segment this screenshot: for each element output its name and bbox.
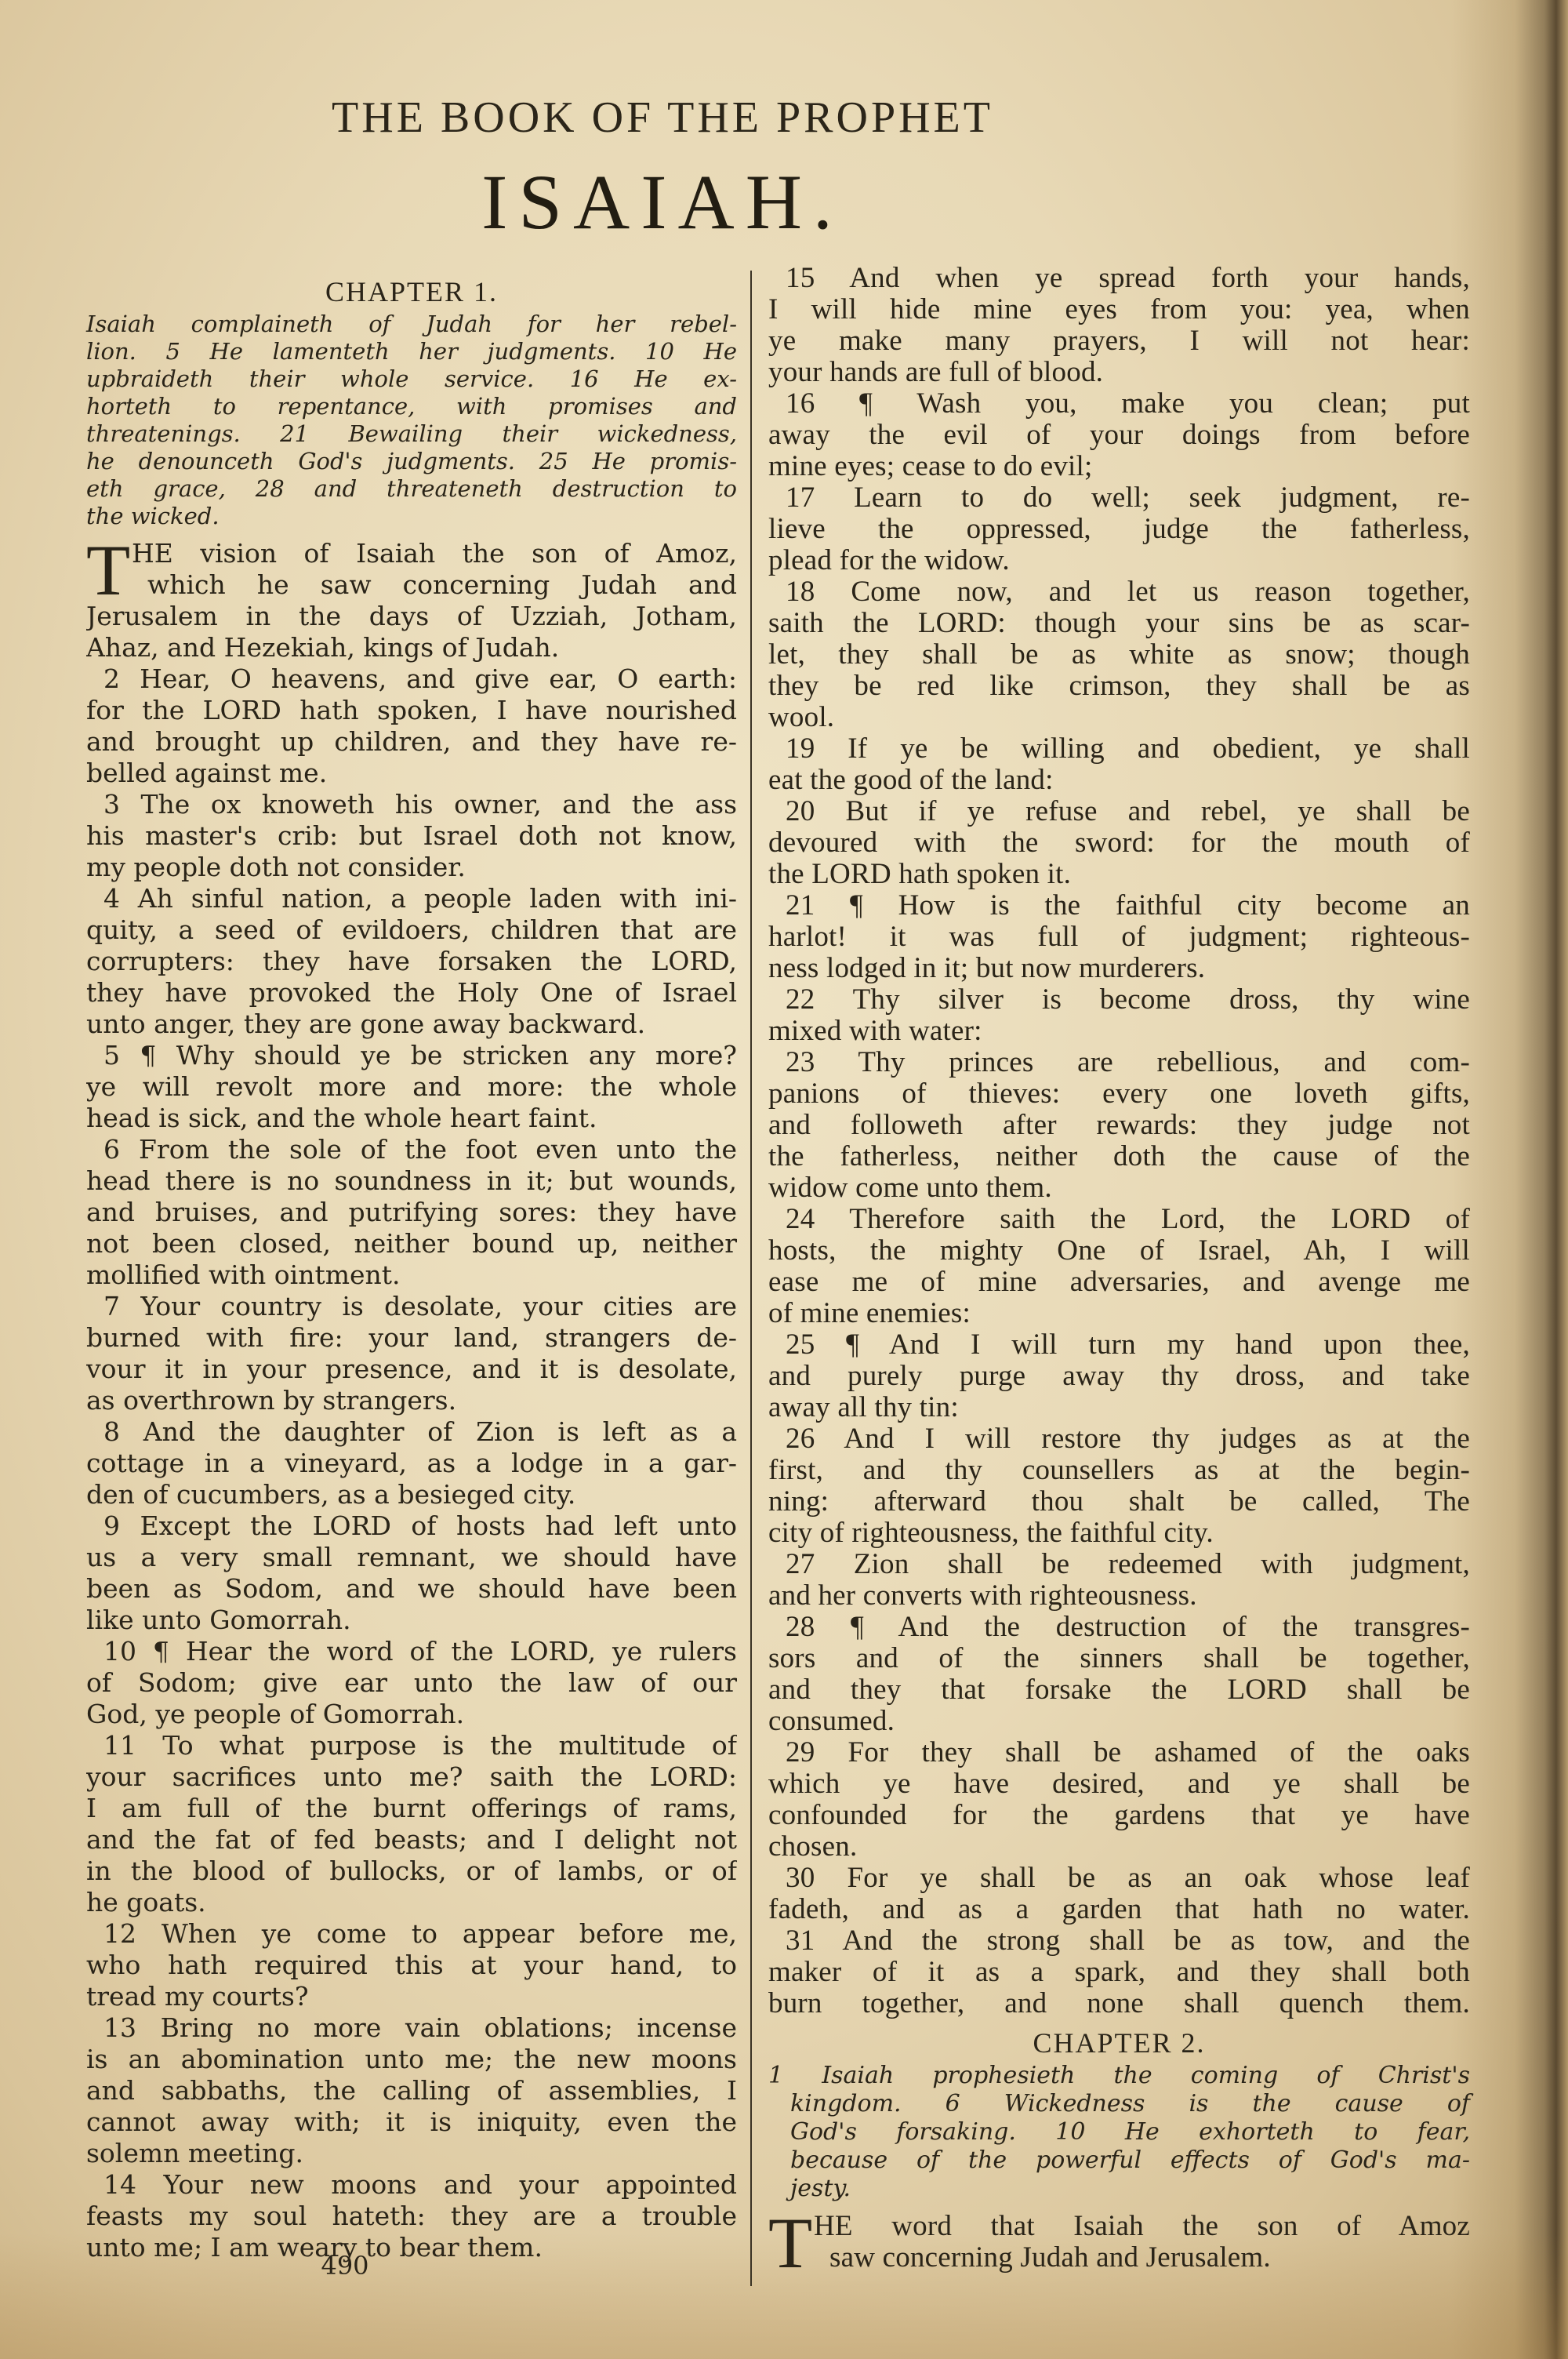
verse-line: 31 And the strong shall be as tow, and t…	[768, 1925, 1470, 1957]
verse-line: let, they shall be as white as snow; tho…	[768, 639, 1470, 671]
summary-line: Isaiah complaineth of Judah for her rebe…	[86, 311, 737, 338]
verse-line: which ye have desired, and ye shall be	[768, 1768, 1470, 1800]
verse-line: head is sick, and the whole heart faint.	[86, 1103, 737, 1134]
verse-line: for the LORD hath spoken, I have nourish…	[86, 695, 737, 726]
verse-line: 19 If ye be willing and obedient, ye sha…	[768, 733, 1470, 765]
chapter-2-text: T HE word that Isaiah the son of Amozsaw…	[768, 2211, 1470, 2274]
column-divider	[750, 271, 752, 2286]
verse-line: 16 ¶ Wash you, make you clean; put	[768, 388, 1470, 420]
verse-line: HE vision of Isaiah the son of Amoz,	[86, 538, 737, 569]
chapter-2-summary: 1 Isaiah prophesieth the coming of Chris…	[768, 2062, 1470, 2203]
verse-line: 2 Hear, O heavens, and give ear, O earth…	[86, 663, 737, 695]
summary-line: horteth to repentance, with promises and	[86, 393, 737, 420]
verse-line: chosen.	[768, 1831, 1470, 1863]
verse-line: ye will revolt more and more: the whole	[86, 1071, 737, 1103]
verse-line: eat the good of the land:	[768, 765, 1470, 796]
verse-line: 22 Thy silver is become dross, thy wine	[768, 984, 1470, 1016]
verse-line: us a very small remnant, we should have	[86, 1542, 737, 1573]
verse-line: 18 Come now, and let us reason together,	[768, 576, 1470, 608]
summary-line: 1 Isaiah prophesieth the coming of Chris…	[768, 2062, 1470, 2090]
verse-line: and they that forsake the LORD shall be	[768, 1674, 1470, 1706]
verse-line: away the evil of your doings from before	[768, 420, 1470, 451]
verse-line: 14 Your new moons and your appointed	[86, 2169, 737, 2201]
drop-cap: T	[768, 2211, 812, 2275]
chapter-1-heading: CHAPTER 1.	[86, 273, 737, 311]
verse-line: and sabbaths, the calling of assemblies,…	[86, 2075, 737, 2106]
verse-line: cottage in a vineyard, as a lodge in a g…	[86, 1448, 737, 1479]
verse-line: first, and thy counsellers as at the beg…	[768, 1455, 1470, 1486]
verse-line: saw concerning Judah and Jerusalem.	[768, 2242, 1470, 2274]
verse-line: 21 ¶ How is the faithful city become an	[768, 890, 1470, 921]
verse-line: 23 Thy princes are rebellious, and com-	[768, 1047, 1470, 1078]
verse-line: 27 Zion shall be redeemed with judgment,	[768, 1549, 1470, 1580]
verse-line: and bruises, and putrifying sores: they …	[86, 1197, 737, 1228]
summary-line: kingdom. 6 Wickedness is the cause of	[768, 2090, 1470, 2118]
verse-line: of Sodom; give ear unto the law of our	[86, 1667, 737, 1699]
verse-line: 24 Therefore saith the Lord, the LORD of	[768, 1204, 1470, 1235]
summary-line: jesty.	[768, 2175, 1470, 2203]
right-column: 15 And when ye spread forth your hands,I…	[768, 263, 1470, 2274]
verse-line: my people doth not consider.	[86, 852, 737, 883]
verse-line: belled against me.	[86, 758, 737, 789]
verse-line: and the fat of fed beasts; and I delight…	[86, 1824, 737, 1856]
verse-line: city of righteousness, the faithful city…	[768, 1518, 1470, 1549]
summary-line: threatenings. 21 Bewailing their wickedn…	[86, 420, 737, 448]
verse-line: solemn meeting.	[86, 2138, 737, 2169]
verse-line: the fatherless, neither doth the cause o…	[768, 1141, 1470, 1172]
verse-line: I will hide mine eyes from you: yea, whe…	[768, 294, 1470, 325]
verse-line: 29 For they shall be ashamed of the oaks	[768, 1737, 1470, 1768]
verse-line: 8 And the daughter of Zion is left as a	[86, 1416, 737, 1448]
verse-line: ease me of mine adversaries, and avenge …	[768, 1267, 1470, 1298]
verse-line: quity, a seed of evildoers, children tha…	[86, 914, 737, 946]
verse-line: feasts my soul hateth: they are a troubl…	[86, 2201, 737, 2232]
verse-line: ye make many prayers, I will not hear:	[768, 325, 1470, 357]
chapter-1-text: T HE vision of Isaiah the son of Amoz,wh…	[86, 538, 737, 2263]
drop-cap: T	[86, 538, 130, 602]
verse-line: HE word that Isaiah the son of Amoz	[768, 2211, 1470, 2242]
verse-line: and her converts with righteousness.	[768, 1580, 1470, 1612]
verse-line: not been closed, neither bound up, neith…	[86, 1228, 737, 1259]
verse-line: I am full of the burnt offerings of rams…	[86, 1793, 737, 1824]
verse-line: hosts, the mighty One of Israel, Ah, I w…	[768, 1235, 1470, 1267]
verse-line: they be red like crimson, they shall be …	[768, 671, 1470, 702]
verse-line: like unto Gomorrah.	[86, 1605, 737, 1636]
chapter-1-summary: Isaiah complaineth of Judah for her rebe…	[86, 311, 737, 530]
verse-line: away all thy tin:	[768, 1392, 1470, 1423]
verse-line: 30 For ye shall be as an oak whose leaf	[768, 1863, 1470, 1894]
verse-line: corrupters: they have forsaken the LORD,	[86, 946, 737, 977]
verse-line: God, ye people of Gomorrah.	[86, 1699, 737, 1730]
page-number: 490	[298, 2251, 392, 2281]
verse-line: and purely purge away thy dross, and tak…	[768, 1361, 1470, 1392]
verse-line: 11 To what purpose is the multitude of	[86, 1730, 737, 1761]
verse-line: tread my courts?	[86, 1981, 737, 2012]
verse-line: den of cucumbers, as a besieged city.	[86, 1479, 737, 1510]
verse-line: the LORD hath spoken it.	[768, 859, 1470, 890]
verse-line: harlot! it was full of judgment; righteo…	[768, 921, 1470, 953]
verse-line: of mine enemies:	[768, 1298, 1470, 1329]
verse-line: 4 Ah sinful nation, a people laden with …	[86, 883, 737, 914]
verse-line: your hands are full of blood.	[768, 357, 1470, 388]
verse-line: panions of thieves: every one loveth gif…	[768, 1078, 1470, 1110]
verse-line: 10 ¶ Hear the word of the LORD, ye ruler…	[86, 1636, 737, 1667]
verse-line: which he saw concerning Judah and	[86, 569, 737, 601]
verse-line: 12 When ye come to appear before me,	[86, 1918, 737, 1950]
verse-line: maker of it as a spark, and they shall b…	[768, 1957, 1470, 1988]
verse-line: and followeth after rewards: they judge …	[768, 1110, 1470, 1141]
verse-line: 17 Learn to do well; seek judgment, re-	[768, 482, 1470, 514]
verse-line: he goats.	[86, 1887, 737, 1918]
verse-line: 5 ¶ Why should ye be stricken any more?	[86, 1040, 737, 1071]
verse-line: 26 And I will restore thy judges as at t…	[768, 1423, 1470, 1455]
verse-line: devoured with the sword: for the mouth o…	[768, 827, 1470, 859]
verse-line: 13 Bring no more vain oblations; incense	[86, 2012, 737, 2044]
verse-line: consumed.	[768, 1706, 1470, 1737]
verse-line: 7 Your country is desolate, your cities …	[86, 1291, 737, 1322]
book-title: THE BOOK OF THE PROPHET	[0, 93, 1325, 143]
verse-line: 9 Except the LORD of hosts had left unto	[86, 1510, 737, 1542]
verse-line: fadeth, and as a garden that hath no wat…	[768, 1894, 1470, 1925]
verse-line: mine eyes; cease to do evil;	[768, 451, 1470, 482]
verse-line: Jerusalem in the days of Uzziah, Jotham,	[86, 601, 737, 632]
verse-line: wool.	[768, 702, 1470, 733]
verse-line: plead for the widow.	[768, 545, 1470, 576]
verse-line: cannot away with; it is iniquity, even t…	[86, 2106, 737, 2138]
verse-line: 20 But if ye refuse and rebel, ye shall …	[768, 796, 1470, 827]
verse-line: 6 From the sole of the foot even unto th…	[86, 1134, 737, 1165]
summary-line: the wicked.	[86, 503, 737, 530]
verse-line: sors and of the sinners shall be togethe…	[768, 1643, 1470, 1674]
verse-line: head there is no soundness in it; but wo…	[86, 1165, 737, 1197]
verse-line: widow come unto them.	[768, 1172, 1470, 1204]
verse-line: his master's crib: but Israel doth not k…	[86, 820, 737, 852]
verse-line: 25 ¶ And I will turn my hand upon thee,	[768, 1329, 1470, 1361]
verse-line: and brought up children, and they have r…	[86, 726, 737, 758]
summary-line: God's forsaking. 10 He exhorteth to fear…	[768, 2118, 1470, 2146]
verse-line: confounded for the gardens that ye have	[768, 1800, 1470, 1831]
verse-line: been as Sodom, and we should have been	[86, 1573, 737, 1605]
verse-line: they have provoked the Holy One of Israe…	[86, 977, 737, 1009]
verse-lines: HE word that Isaiah the son of Amozsaw c…	[768, 2211, 1470, 2274]
verse-line: Ahaz, and Hezekiah, kings of Judah.	[86, 632, 737, 663]
verse-lines: HE vision of Isaiah the son of Amoz,whic…	[86, 538, 737, 2263]
verse-line: ning: afterward thou shalt be called, Th…	[768, 1486, 1470, 1518]
verse-line: saith the LORD: though your sins be as s…	[768, 608, 1470, 639]
summary-line: lion. 5 He lamenteth her judgments. 10 H…	[86, 338, 737, 365]
verse-lines: 15 And when ye spread forth your hands,I…	[768, 263, 1470, 2019]
verse-line: ness lodged in it; but now murderers.	[768, 953, 1470, 984]
verse-line: as overthrown by strangers.	[86, 1385, 737, 1416]
verse-line: is an abomination unto me; the new moons	[86, 2044, 737, 2075]
verse-line: your sacrifices unto me? saith the LORD:	[86, 1761, 737, 1793]
verse-line: 28 ¶ And the destruction of the transgre…	[768, 1612, 1470, 1643]
verse-line: 15 And when ye spread forth your hands,	[768, 263, 1470, 294]
summary-line: upbraideth their whole service. 16 He ex…	[86, 365, 737, 393]
verse-line: mollified with ointment.	[86, 1259, 737, 1291]
verse-line: 3 The ox knoweth his owner, and the ass	[86, 789, 737, 820]
chapter-2-heading: CHAPTER 2.	[768, 2024, 1470, 2062]
verse-line: burn together, and none shall quench the…	[768, 1988, 1470, 2019]
summary-line: eth grace, 28 and threateneth destructio…	[86, 475, 737, 503]
left-column: CHAPTER 1. Isaiah complaineth of Judah f…	[86, 273, 737, 2263]
verse-line: unto anger, they are gone away backward.	[86, 1009, 737, 1040]
verse-line: who hath required this at your hand, to	[86, 1950, 737, 1981]
verse-line: vour it in your presence, and it is deso…	[86, 1354, 737, 1385]
summary-line: because of the powerful effects of God's…	[768, 2146, 1470, 2175]
verse-line: in the blood of bullocks, or of lambs, o…	[86, 1856, 737, 1887]
verse-line: lieve the oppressed, judge the fatherles…	[768, 514, 1470, 545]
verse-line: burned with fire: your land, strangers d…	[86, 1322, 737, 1354]
verse-line: unto me; I am weary to bear them.	[86, 2232, 737, 2263]
book-name: ISAIAH.	[0, 157, 1325, 247]
summary-line: he denounceth God's judgments. 25 He pro…	[86, 448, 737, 475]
verse-line: mixed with water:	[768, 1016, 1470, 1047]
